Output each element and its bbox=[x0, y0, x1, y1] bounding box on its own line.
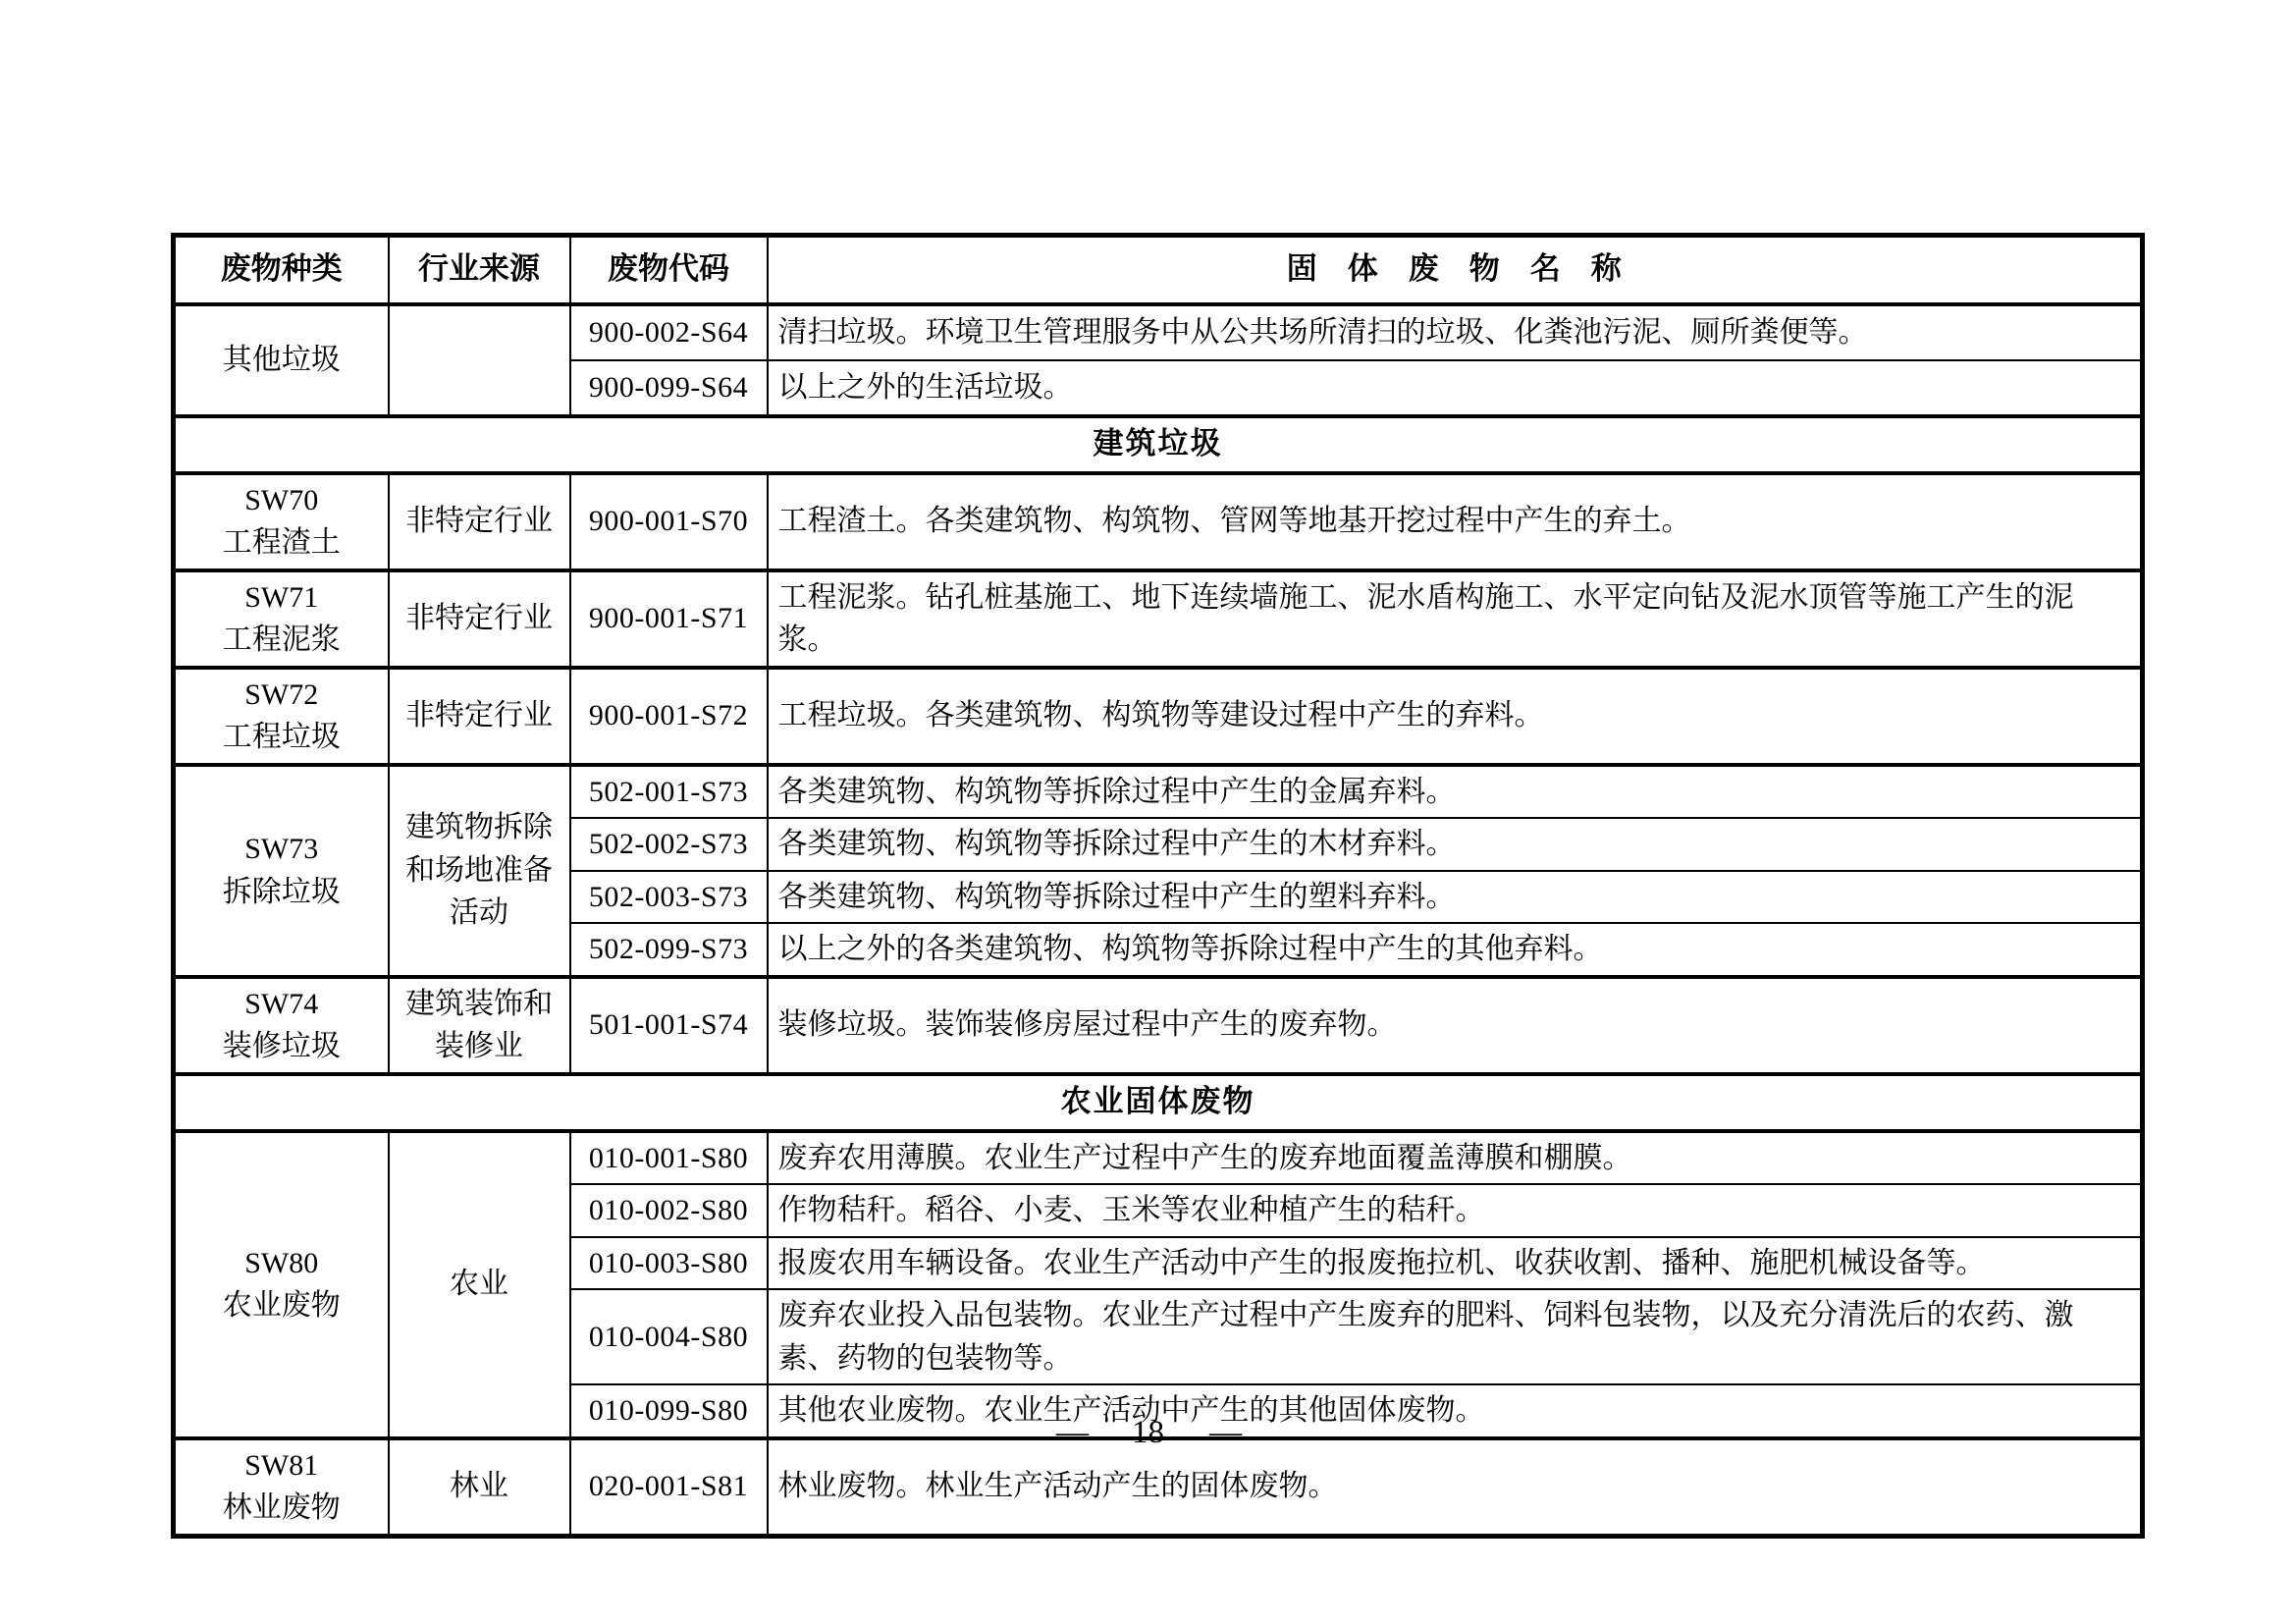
waste-name-cell: 工程垃圾。各类建筑物、构筑物等建设过程中产生的弃料。 bbox=[768, 668, 2143, 765]
page-footer: — 18 — bbox=[0, 1415, 2296, 1451]
section-header-construction-waste: 建筑垃圾 bbox=[174, 416, 2143, 473]
table-header-row: 废物种类 行业来源 废物代码 固 体 废 物 名 称 bbox=[174, 236, 2143, 304]
waste-type-cell: SW70 工程渣土 bbox=[174, 473, 389, 570]
waste-name-cell: 工程泥浆。钻孔桩基施工、地下连续墙施工、泥水盾构施工、水平定向钻及泥水顶管等施工… bbox=[768, 570, 2143, 668]
waste-type-cell: SW81 林业废物 bbox=[174, 1438, 389, 1537]
waste-name-cell: 废弃农业投入品包装物。农业生产过程中产生废弃的肥料、饲料包装物，以及充分清洗后的… bbox=[768, 1289, 2143, 1384]
waste-code-cell: 502-099-S73 bbox=[570, 923, 768, 977]
waste-name-cell: 装修垃圾。装饰装修房屋过程中产生的废弃物。 bbox=[768, 977, 2143, 1074]
document-page: 废物种类 行业来源 废物代码 固 体 废 物 名 称 其他垃圾 900-002-… bbox=[0, 0, 2296, 1624]
waste-classification-table: 废物种类 行业来源 废物代码 固 体 废 物 名 称 其他垃圾 900-002-… bbox=[171, 233, 2145, 1539]
industry-source-cell: 非特定行业 bbox=[389, 668, 570, 765]
col-header-waste-type: 废物种类 bbox=[174, 236, 389, 304]
table-row: SW74 装修垃圾 建筑装饰和 装修业 501-001-S74 装修垃圾。装饰装… bbox=[174, 977, 2143, 1074]
table-row: SW80 农业废物 农业 010-001-S80 废弃农用薄膜。农业生产过程中产… bbox=[174, 1131, 2143, 1185]
industry-source-cell: 非特定行业 bbox=[389, 570, 570, 668]
waste-code-cell: 900-001-S72 bbox=[570, 668, 768, 765]
footer-left-dash: — bbox=[1056, 1415, 1087, 1451]
waste-code-cell: 900-001-S71 bbox=[570, 570, 768, 668]
industry-source-cell bbox=[389, 304, 570, 416]
table-row: SW73 拆除垃圾 建筑物拆除 和场地准备 活动 502-001-S73 各类建… bbox=[174, 765, 2143, 819]
waste-code-cell: 010-003-S80 bbox=[570, 1237, 768, 1290]
waste-name-cell: 以上之外的生活垃圾。 bbox=[768, 360, 2143, 416]
waste-code-cell: 010-002-S80 bbox=[570, 1184, 768, 1237]
industry-source-cell: 农业 bbox=[389, 1131, 570, 1438]
table-row: SW71 工程泥浆 非特定行业 900-001-S71 工程泥浆。钻孔桩基施工、… bbox=[174, 570, 2143, 668]
waste-code-cell: 020-001-S81 bbox=[570, 1438, 768, 1537]
waste-name-cell: 以上之外的各类建筑物、构筑物等拆除过程中产生的其他弃料。 bbox=[768, 923, 2143, 977]
waste-name-cell: 各类建筑物、构筑物等拆除过程中产生的塑料弃料。 bbox=[768, 871, 2143, 924]
waste-name-cell: 作物秸秆。稻谷、小麦、玉米等农业种植产生的秸秆。 bbox=[768, 1184, 2143, 1237]
industry-source-cell: 建筑物拆除 和场地准备 活动 bbox=[389, 765, 570, 977]
waste-name-cell: 林业废物。林业生产活动产生的固体废物。 bbox=[768, 1438, 2143, 1537]
waste-code-cell: 900-099-S64 bbox=[570, 360, 768, 416]
waste-type-cell: 其他垃圾 bbox=[174, 304, 389, 416]
waste-code-cell: 502-001-S73 bbox=[570, 765, 768, 819]
page-number: 18 bbox=[1132, 1415, 1164, 1451]
section-title: 农业固体废物 bbox=[174, 1074, 2143, 1131]
footer-right-dash: — bbox=[1209, 1415, 1240, 1451]
waste-code-cell: 900-001-S70 bbox=[570, 473, 768, 570]
industry-source-cell: 建筑装饰和 装修业 bbox=[389, 977, 570, 1074]
waste-type-cell: SW72 工程垃圾 bbox=[174, 668, 389, 765]
waste-name-cell: 工程渣土。各类建筑物、构筑物、管网等地基开挖过程中产生的弃土。 bbox=[768, 473, 2143, 570]
table-row: 其他垃圾 900-002-S64 清扫垃圾。环境卫生管理服务中从公共场所清扫的垃… bbox=[174, 304, 2143, 360]
industry-source-cell: 林业 bbox=[389, 1438, 570, 1537]
section-title: 建筑垃圾 bbox=[174, 416, 2143, 473]
table-row: SW81 林业废物 林业 020-001-S81 林业废物。林业生产活动产生的固… bbox=[174, 1438, 2143, 1537]
table-row: SW72 工程垃圾 非特定行业 900-001-S72 工程垃圾。各类建筑物、构… bbox=[174, 668, 2143, 765]
col-header-solid-waste-name: 固 体 废 物 名 称 bbox=[768, 236, 2143, 304]
waste-type-cell: SW80 农业废物 bbox=[174, 1131, 389, 1438]
waste-type-cell: SW74 装修垃圾 bbox=[174, 977, 389, 1074]
waste-name-cell: 各类建筑物、构筑物等拆除过程中产生的木材弃料。 bbox=[768, 818, 2143, 871]
col-header-industry-source: 行业来源 bbox=[389, 236, 570, 304]
section-header-agricultural-waste: 农业固体废物 bbox=[174, 1074, 2143, 1131]
table-row: SW70 工程渣土 非特定行业 900-001-S70 工程渣土。各类建筑物、构… bbox=[174, 473, 2143, 570]
waste-code-cell: 501-001-S74 bbox=[570, 977, 768, 1074]
col-header-waste-code: 废物代码 bbox=[570, 236, 768, 304]
industry-source-cell: 非特定行业 bbox=[389, 473, 570, 570]
waste-type-cell: SW73 拆除垃圾 bbox=[174, 765, 389, 977]
waste-name-cell: 废弃农用薄膜。农业生产过程中产生的废弃地面覆盖薄膜和棚膜。 bbox=[768, 1131, 2143, 1185]
waste-name-cell: 各类建筑物、构筑物等拆除过程中产生的金属弃料。 bbox=[768, 765, 2143, 819]
waste-name-cell: 报废农用车辆设备。农业生产活动中产生的报废拖拉机、收获收割、播种、施肥机械设备等… bbox=[768, 1237, 2143, 1290]
waste-name-cell: 清扫垃圾。环境卫生管理服务中从公共场所清扫的垃圾、化粪池污泥、厕所粪便等。 bbox=[768, 304, 2143, 360]
waste-code-cell: 502-002-S73 bbox=[570, 818, 768, 871]
waste-type-cell: SW71 工程泥浆 bbox=[174, 570, 389, 668]
waste-code-cell: 010-001-S80 bbox=[570, 1131, 768, 1185]
waste-code-cell: 900-002-S64 bbox=[570, 304, 768, 360]
waste-code-cell: 502-003-S73 bbox=[570, 871, 768, 924]
waste-code-cell: 010-004-S80 bbox=[570, 1289, 768, 1384]
